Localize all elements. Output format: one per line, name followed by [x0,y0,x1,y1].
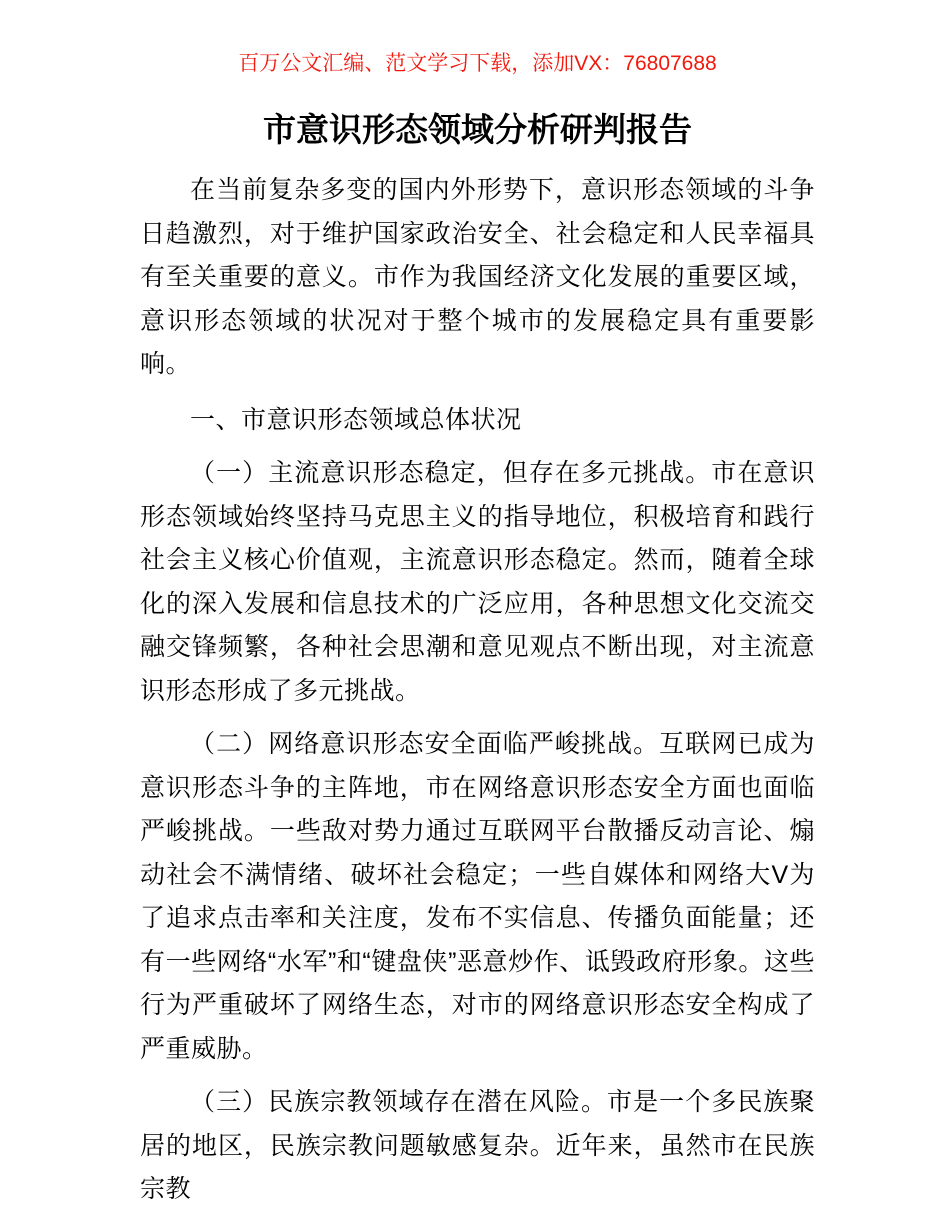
paragraph-intro: 在当前复杂多变的国内外形势下，意识形态领域的斗争日趋激烈，对于维护国家政治安全、… [140,169,815,387]
document-page: 百万公文汇编、范文学习下载，添加VX：76807688 市意识形态领域分析研判报… [0,0,950,1230]
paragraph-section-1-1: （一）主流意识形态稳定，但存在多元挑战。市在意识形态领域始终坚持马克思主义的指导… [140,452,815,713]
document-title: 市意识形态领域分析研判报告 [140,106,815,154]
promo-banner: 百万公文汇编、范文学习下载，添加VX：76807688 [140,50,815,78]
section-heading-1: 一、市意识形态领域总体状况 [140,399,815,443]
paragraph-section-1-3: （三）民族宗教领域存在潜在风险。市是一个多民族聚居的地区，民族宗教问题敏感复杂。… [140,1081,815,1212]
paragraph-section-1-2: （二）网络意识形态安全面临严峻挑战。互联网已成为意识形态斗争的主阵地，市在网络意… [140,723,815,1071]
